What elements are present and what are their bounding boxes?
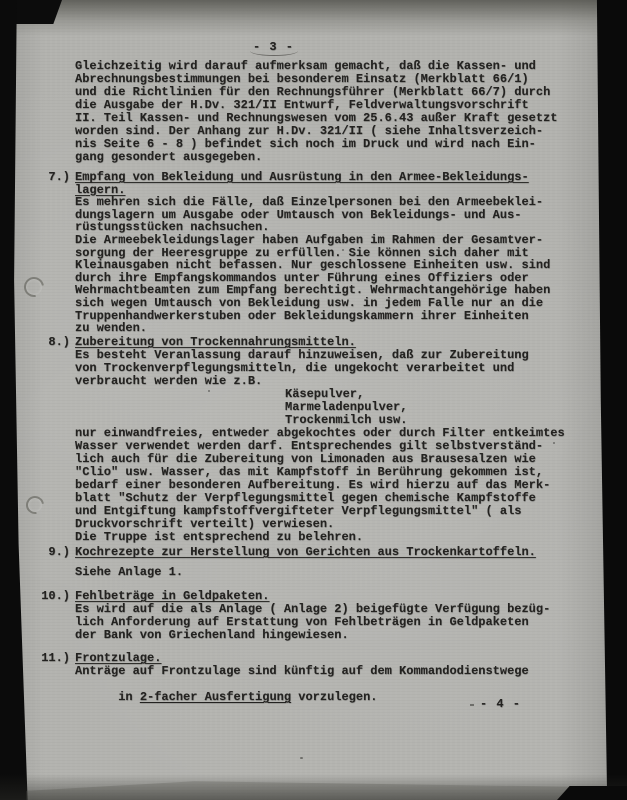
text-line: Truppenhandwerkerstuben oder Bekleidungs… (75, 310, 585, 323)
text-line: Kochrezepte zur Herstellung von Gerichte… (75, 546, 585, 559)
section-body: Anträge auf Frontzulage sind künftig auf… (75, 665, 585, 678)
scanned-document-page: - 3 - - 4 - Gleichzeitig wird darauf auf… (0, 0, 627, 800)
underlined-text: 2-facher Ausfertigung (140, 690, 291, 704)
section-heading: Kochrezepte zur Herstellung von Gerichte… (75, 546, 585, 559)
paper-speck (300, 757, 303, 759)
section-number: 8.) (48, 336, 70, 349)
text-line: Anträge auf Frontzulage sind künftig auf… (75, 665, 585, 678)
section-number: 9.) (48, 546, 70, 559)
section-body: Es mehren sich die Fälle, daß Einzelpers… (75, 196, 585, 335)
text-line: sich wegen Umtausch von Bekleidung usw. … (75, 297, 585, 310)
scan-border-right (595, 0, 627, 800)
scan-border-left (0, 0, 30, 800)
punch-hole-bottom (22, 492, 47, 517)
section-10: 10.) Fehlbeträge in Geldpaketen. Es wird… (75, 590, 585, 642)
section-body: Siehe Anlage 1. (75, 566, 585, 579)
section-11: 11.) Frontzulage. Anträge auf Frontzulag… (75, 652, 585, 717)
text-line: gang gesondert ausgegeben. (75, 151, 585, 164)
section-body: Es wird auf die als Anlage ( Anlage 2) b… (75, 603, 585, 642)
text-line: in 2-facher Ausfertigung vorzulegen. (75, 678, 585, 717)
text-line: Die Armeebekleidungslager haben Aufgaben… (75, 234, 585, 247)
scan-shadow-top (0, 0, 627, 36)
text-line: Die Truppe ist entsprechend zu belehren. (75, 531, 585, 544)
scan-shadow-bottom (0, 774, 627, 800)
section-heading: Empfang von Bekleidung und Ausrüstung in… (75, 171, 585, 196)
section-8: 8.) Zubereitung von Trockennahrungsmitte… (75, 336, 585, 544)
text-segment: vorzulegen. (291, 690, 377, 704)
punch-hole-top (20, 273, 48, 301)
text-line: der Bank von Griechenland hingewiesen. (75, 629, 585, 642)
section-9: 9.) Kochrezepte zur Herstellung von Geri… (75, 546, 585, 579)
text-line: Es mehren sich die Fälle, daß Einzelpers… (75, 196, 585, 209)
section-number: 10.) (41, 590, 70, 603)
section-7: 7.) Empfang von Bekleidung und Ausrüstun… (75, 171, 585, 335)
section-body: Es besteht Veranlassung darauf hinzuweis… (75, 349, 585, 388)
text-line: Empfang von Bekleidung und Ausrüstung in… (75, 171, 585, 184)
text-segment: in (118, 690, 140, 704)
page-number-underline (250, 46, 298, 56)
section-body-continued: nur einwandfreies, entweder abgekochtes … (75, 427, 585, 544)
text-line: zu wenden. (75, 322, 585, 335)
intro-paragraph: Gleichzeitig wird darauf aufmerksam gema… (75, 60, 585, 164)
section-number: 7.) (48, 171, 70, 184)
section-number: 11.) (41, 652, 70, 665)
text-line: Kleinausgaben nicht befassen. Nur geschl… (75, 259, 585, 272)
section-indented-list: Käsepulver,Marmeladenpulver,Trockenmilch… (285, 388, 585, 427)
text-line: Siehe Anlage 1. (75, 566, 585, 579)
